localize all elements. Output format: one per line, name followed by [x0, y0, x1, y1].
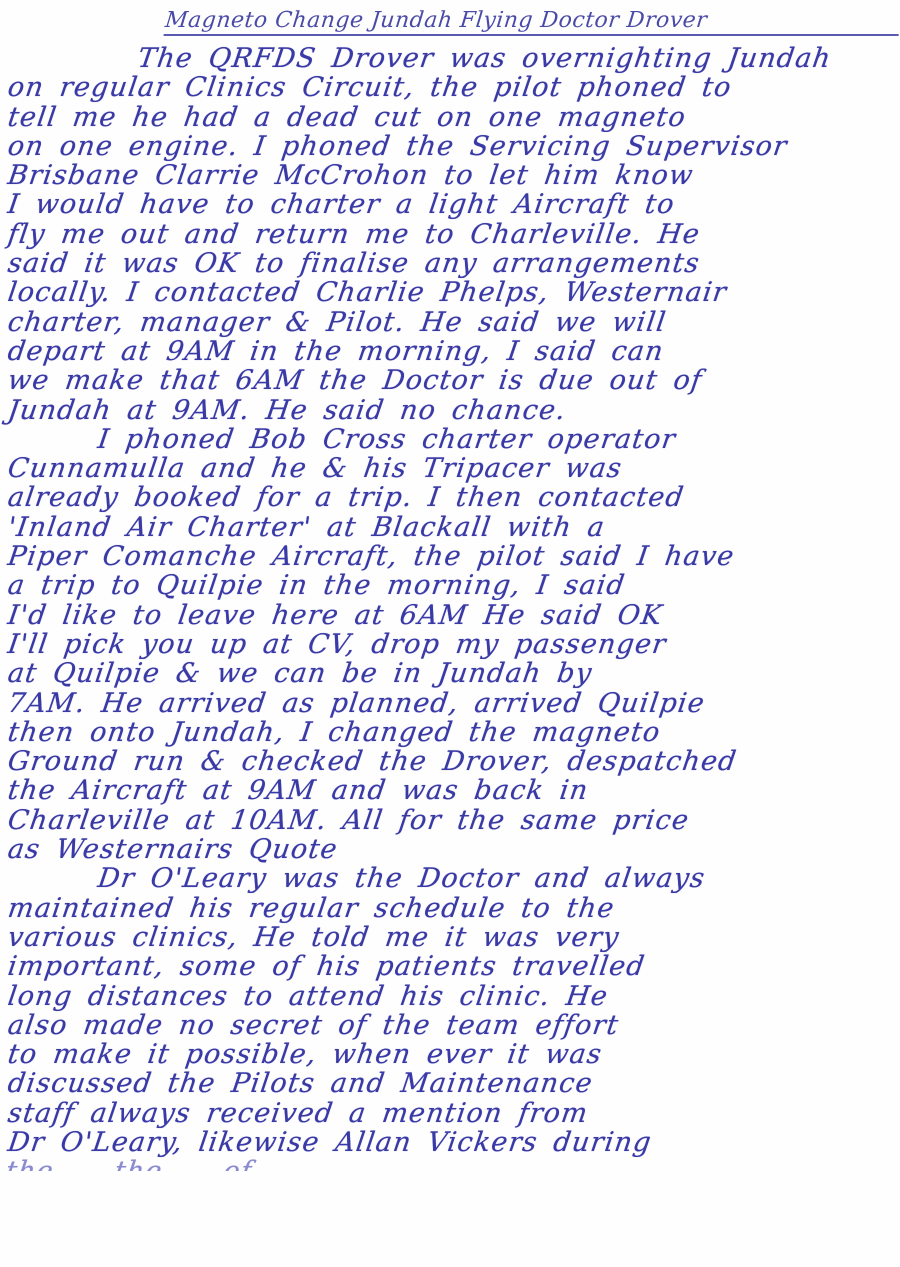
text-line: long distances to attend his clinic. He: [6, 982, 900, 1011]
text-line: I'll pick you up at CV, drop my passenge…: [6, 630, 900, 659]
text-line: already booked for a trip. I then contac…: [6, 483, 900, 512]
text-line: said it was OK to finalise any arrangeme…: [6, 249, 900, 278]
text-line: Dr O'Leary was the Doctor and always: [6, 864, 900, 893]
text-line: The QRFDS Drover was overnighting Jundah: [6, 44, 900, 73]
text-line: Piper Comanche Aircraft, the pilot said …: [6, 542, 900, 571]
text-line: maintained his regular schedule to the: [6, 894, 900, 923]
text-line: on one engine. I phoned the Servicing Su…: [6, 132, 900, 161]
text-line: also made no secret of the team effort: [6, 1011, 900, 1040]
text-line: depart at 9AM in the morning, I said can: [6, 337, 900, 366]
text-line: I would have to charter a light Aircraft…: [6, 190, 900, 219]
handwritten-page: Magneto Change Jundah Flying Doctor Drov…: [0, 0, 900, 1267]
text-line: Brisbane Clarrie McCrohon to let him kno…: [6, 161, 900, 190]
text-line: locally. I contacted Charlie Phelps, Wes…: [6, 278, 900, 307]
text-line: 7AM. He arrived as planned, arrived Quil…: [6, 689, 900, 718]
text-line: 'Inland Air Charter' at Blackall with a: [6, 513, 900, 542]
text-line: the Aircraft at 9AM and was back in: [6, 776, 900, 805]
text-line: I phoned Bob Cross charter operator: [6, 425, 900, 454]
text-line: I'd like to leave here at 6AM He said OK: [6, 601, 900, 630]
text-line: Jundah at 9AM. He said no chance.: [6, 396, 900, 425]
text-line: Ground run & checked the Drover, despatc…: [6, 747, 900, 776]
text-line: we make that 6AM the Doctor is due out o…: [6, 366, 900, 395]
text-line: staff always received a mention from: [6, 1099, 900, 1128]
handwritten-body: The QRFDS Drover was overnighting Jundah…: [6, 44, 900, 1171]
text-line: Cunnamulla and he & his Tripacer was: [6, 454, 900, 483]
text-line: tell me he had a dead cut on one magneto: [6, 103, 900, 132]
text-line: to make it possible, when ever it was: [6, 1040, 900, 1069]
text-line: then onto Jundah, I changed the magneto: [6, 718, 900, 747]
text-line: various clinics, He told me it was very: [6, 923, 900, 952]
text-line-partial: the ... the ... of ...: [6, 1157, 900, 1171]
text-line: Charleville at 10AM. All for the same pr…: [6, 806, 900, 835]
text-line: at Quilpie & we can be in Jundah by: [6, 659, 900, 688]
text-line: a trip to Quilpie in the morning, I said: [6, 571, 900, 600]
page-title: Magneto Change Jundah Flying Doctor Drov…: [164, 8, 900, 36]
text-line: on regular Clinics Circuit, the pilot ph…: [6, 73, 900, 102]
text-line: fly me out and return me to Charleville.…: [6, 220, 900, 249]
text-line: as Westernairs Quote: [6, 835, 900, 864]
text-line: Dr O'Leary, likewise Allan Vickers durin…: [6, 1128, 900, 1157]
text-line: discussed the Pilots and Maintenance: [6, 1069, 900, 1098]
text-line: important, some of his patients travelle…: [6, 952, 900, 981]
text-line: charter, manager & Pilot. He said we wil…: [6, 308, 900, 337]
